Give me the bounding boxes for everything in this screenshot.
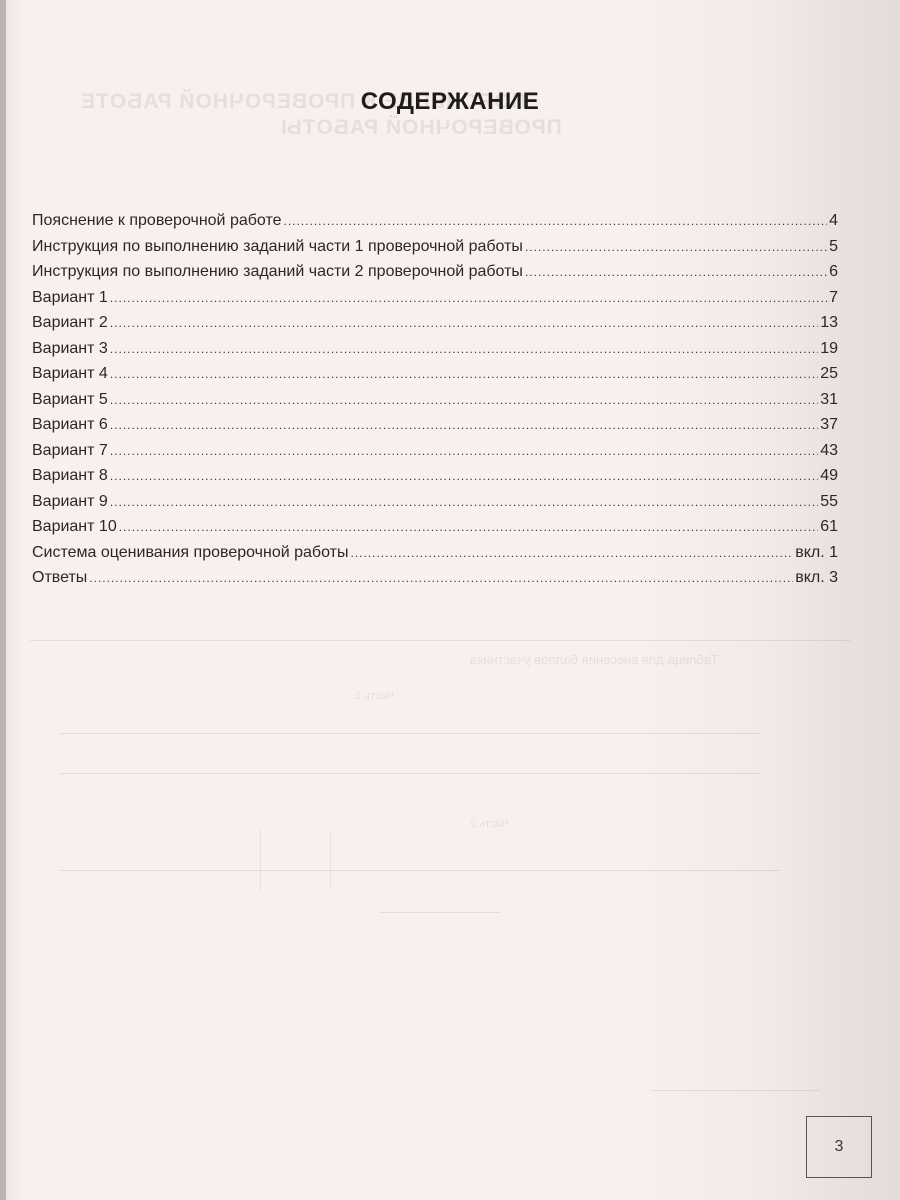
page-shadow bbox=[760, 0, 900, 1200]
toc-entry[interactable]: Вариант 5 31 bbox=[32, 387, 838, 413]
toc-entry-page: 37 bbox=[820, 412, 838, 438]
table-of-contents: Пояснение к проверочной работе 4 Инструк… bbox=[32, 208, 838, 591]
toc-entry-label: Вариант 4 bbox=[32, 361, 108, 387]
toc-entry[interactable]: Вариант 6 37 bbox=[32, 412, 838, 438]
toc-entry-label: Вариант 8 bbox=[32, 463, 108, 489]
toc-entry-label: Вариант 7 bbox=[32, 438, 108, 464]
toc-entry[interactable]: Вариант 10 61 bbox=[32, 514, 838, 540]
toc-leader-dots bbox=[350, 541, 793, 567]
toc-entry[interactable]: Вариант 4 25 bbox=[32, 361, 838, 387]
toc-entry-label: Вариант 1 bbox=[32, 285, 108, 311]
toc-entry-page: вкл. 1 bbox=[795, 540, 838, 566]
show-through-rule bbox=[380, 912, 500, 913]
show-through-vline bbox=[260, 830, 261, 890]
toc-leader-dots bbox=[119, 515, 818, 541]
page-number: 3 bbox=[806, 1116, 872, 1178]
toc-entry-label: Вариант 9 bbox=[32, 489, 108, 515]
toc-entry-label: Вариант 5 bbox=[32, 387, 108, 413]
toc-entry-page: 61 bbox=[820, 514, 838, 540]
toc-leader-dots bbox=[110, 464, 818, 490]
show-through-rule bbox=[30, 640, 850, 641]
toc-entry-page: 19 bbox=[820, 336, 838, 362]
toc-entry-label: Ответы bbox=[32, 565, 87, 591]
toc-entry-page: 55 bbox=[820, 489, 838, 515]
toc-entry-label: Вариант 2 bbox=[32, 310, 108, 336]
toc-entry-label: Инструкция по выполнению заданий части 2… bbox=[32, 259, 523, 285]
toc-leader-dots bbox=[110, 413, 818, 439]
toc-leader-dots bbox=[110, 388, 818, 414]
toc-entry-page: 5 bbox=[829, 234, 838, 260]
toc-leader-dots bbox=[110, 439, 818, 465]
toc-leader-dots bbox=[525, 260, 827, 286]
toc-entry-label: Инструкция по выполнению заданий части 1… bbox=[32, 234, 523, 260]
toc-entry[interactable]: Вариант 2 13 bbox=[32, 310, 838, 336]
toc-entry[interactable]: Вариант 7 43 bbox=[32, 438, 838, 464]
toc-entry-page: 7 bbox=[829, 285, 838, 311]
toc-entry-page: 13 bbox=[820, 310, 838, 336]
toc-leader-dots bbox=[110, 311, 818, 337]
toc-entry[interactable]: Вариант 1 7 bbox=[32, 285, 838, 311]
toc-entry-label: Вариант 10 bbox=[32, 514, 117, 540]
toc-entry-label: Пояснение к проверочной работе bbox=[32, 208, 282, 234]
toc-entry-label: Вариант 3 bbox=[32, 336, 108, 362]
toc-entry-page: 49 bbox=[820, 463, 838, 489]
toc-entry-page: 6 bbox=[829, 259, 838, 285]
toc-leader-dots bbox=[110, 362, 818, 388]
show-through-rule bbox=[60, 773, 760, 774]
toc-entry[interactable]: Инструкция по выполнению заданий части 2… bbox=[32, 259, 838, 285]
page-title: СОДЕРЖАНИЕ bbox=[0, 88, 900, 116]
toc-entry[interactable]: Пояснение к проверочной работе 4 bbox=[32, 208, 838, 234]
toc-entry[interactable]: Система оценивания проверочной работы вк… bbox=[32, 540, 838, 566]
show-through-vline bbox=[330, 830, 331, 890]
toc-entry-page: вкл. 3 bbox=[795, 565, 838, 591]
toc-entry[interactable]: Вариант 3 19 bbox=[32, 336, 838, 362]
toc-entry-label: Вариант 6 bbox=[32, 412, 108, 438]
toc-leader-dots bbox=[110, 286, 827, 312]
toc-entry-page: 31 bbox=[820, 387, 838, 413]
toc-leader-dots bbox=[110, 337, 818, 363]
toc-entry-page: 4 bbox=[829, 208, 838, 234]
toc-entry-page: 43 bbox=[820, 438, 838, 464]
toc-leader-dots bbox=[284, 209, 828, 235]
toc-entry[interactable]: Вариант 9 55 bbox=[32, 489, 838, 515]
show-through-rule bbox=[60, 733, 760, 734]
show-through-rule bbox=[60, 870, 780, 871]
toc-leader-dots bbox=[110, 490, 818, 516]
toc-entry[interactable]: Ответы вкл. 3 bbox=[32, 565, 838, 591]
show-through-rule bbox=[650, 1090, 820, 1091]
toc-leader-dots bbox=[89, 566, 793, 592]
toc-entry[interactable]: Инструкция по выполнению заданий части 1… bbox=[32, 234, 838, 260]
toc-entry-page: 25 bbox=[820, 361, 838, 387]
toc-entry[interactable]: Вариант 8 49 bbox=[32, 463, 838, 489]
page-binding-edge bbox=[0, 0, 6, 1200]
toc-entry-label: Система оценивания проверочной работы bbox=[32, 540, 348, 566]
toc-leader-dots bbox=[525, 235, 827, 261]
